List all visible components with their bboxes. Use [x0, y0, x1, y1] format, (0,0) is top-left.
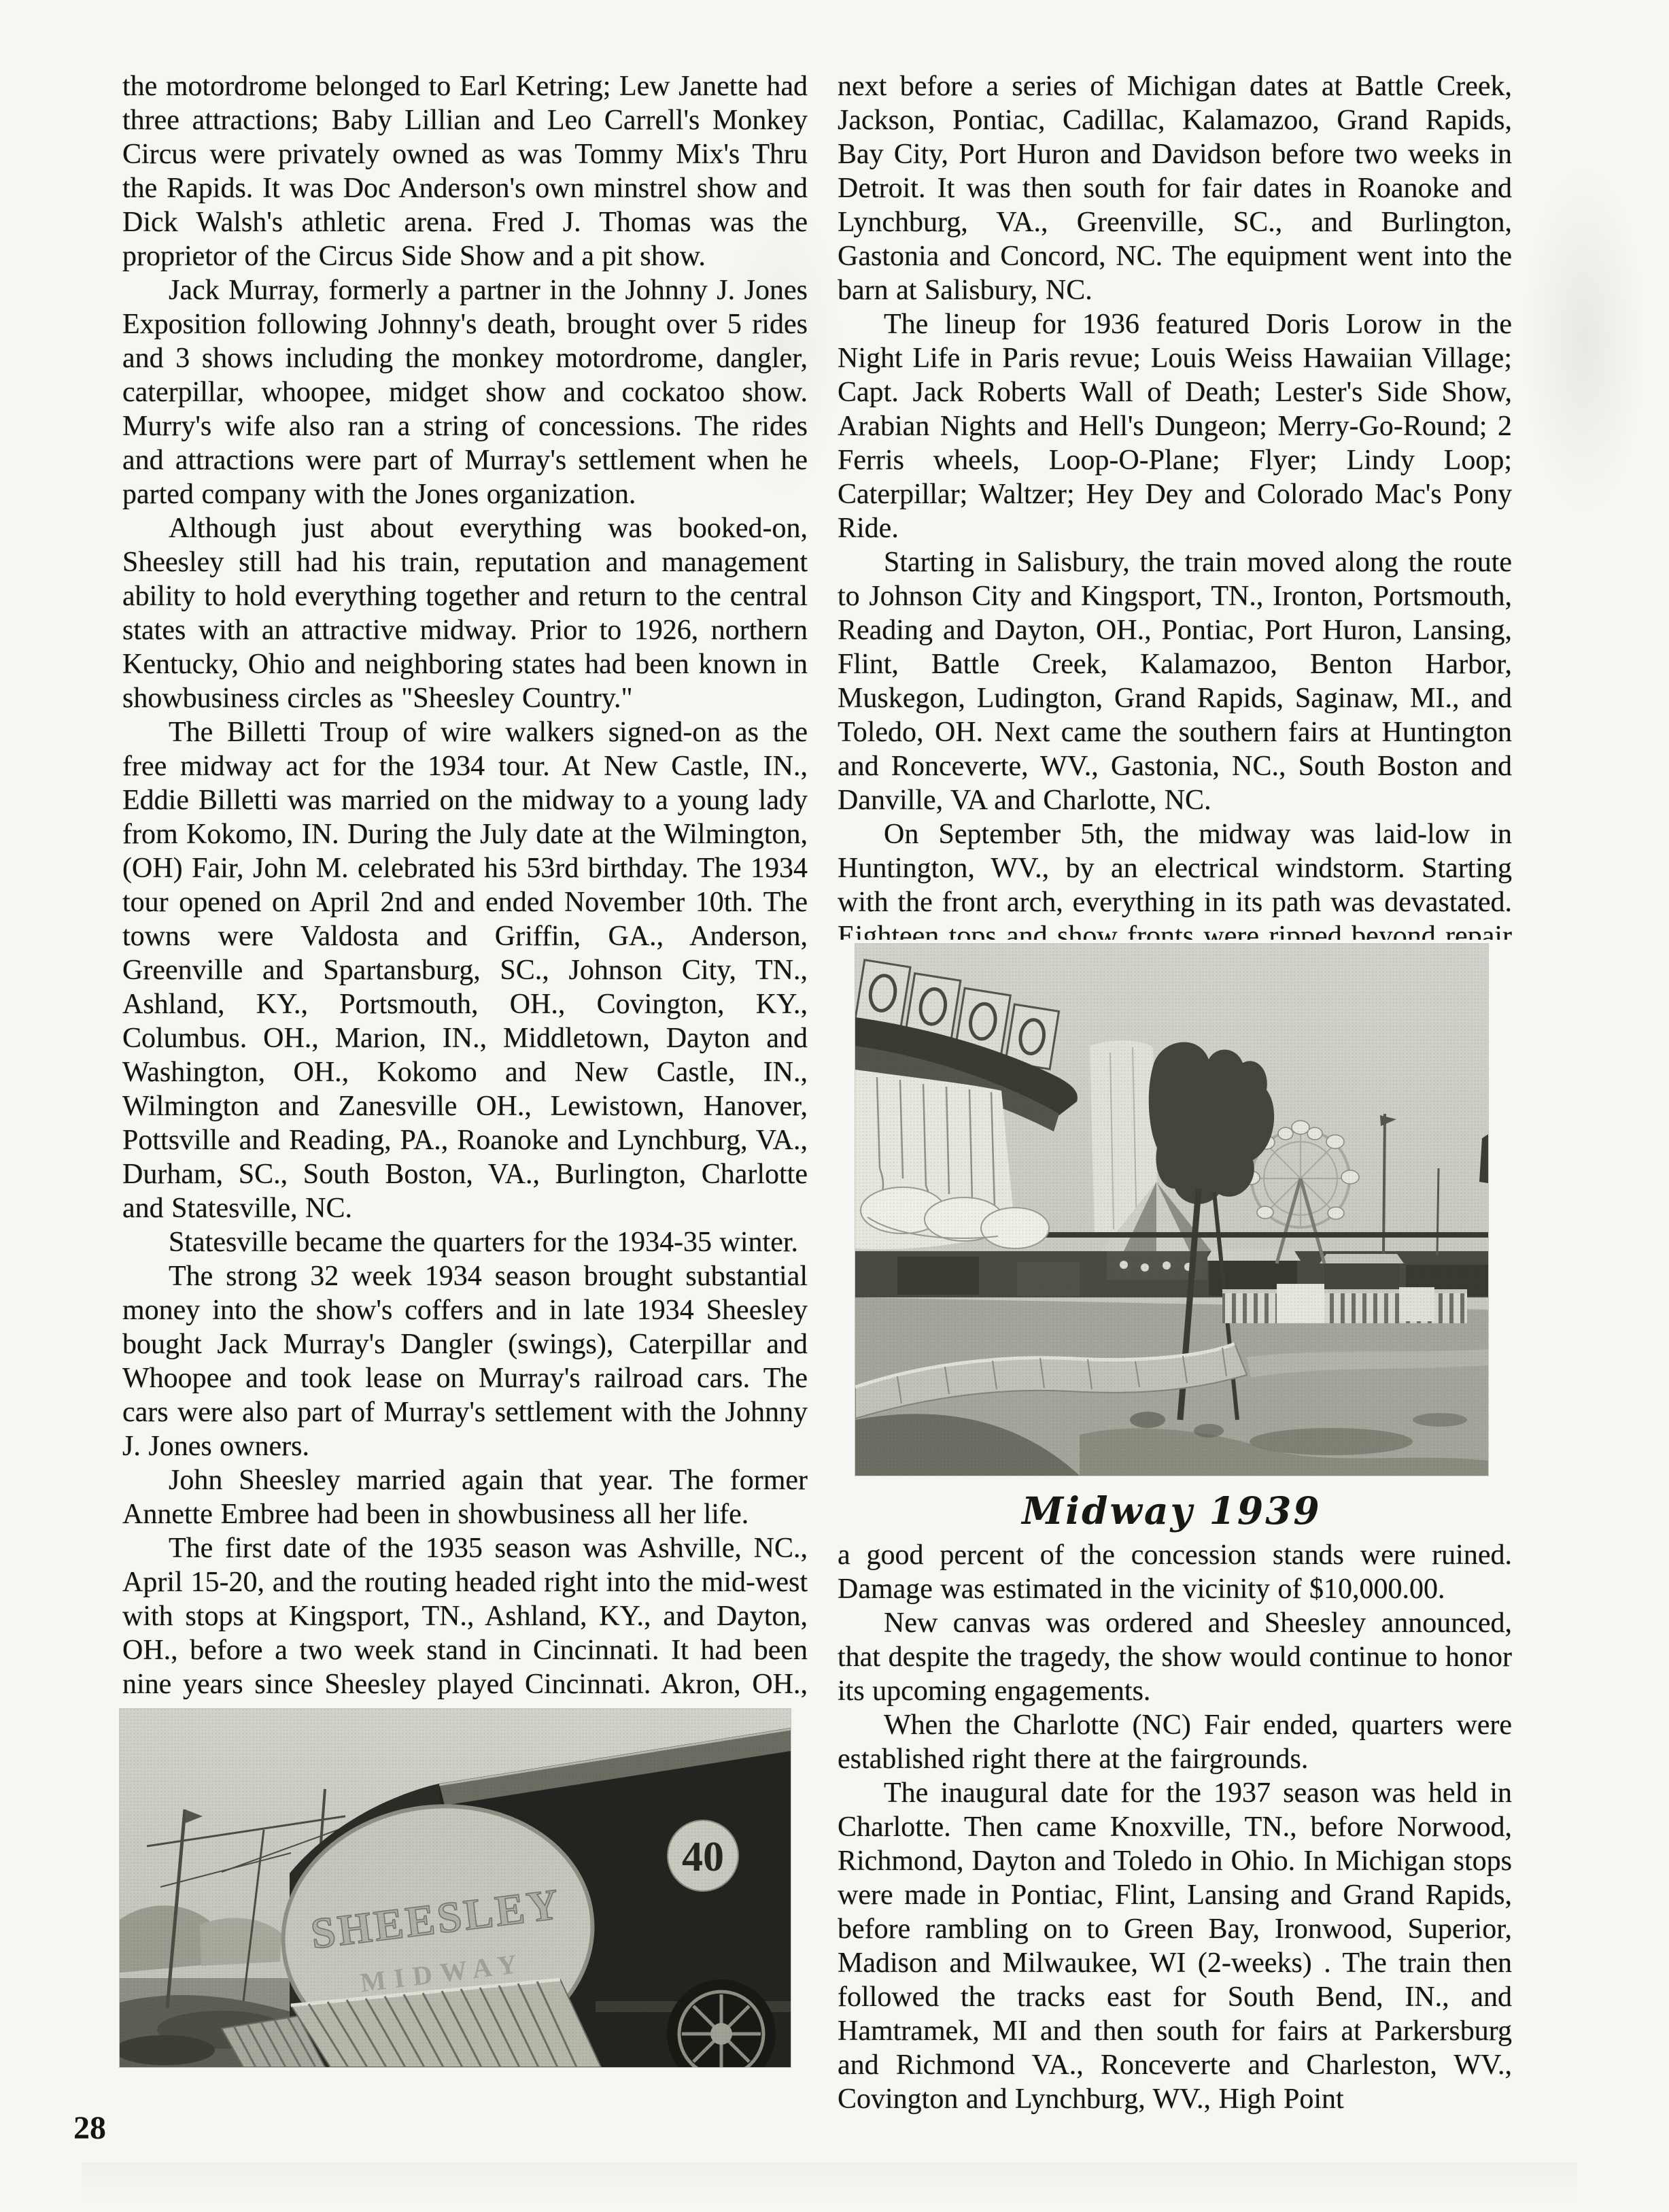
body-paragraph: the motordrome belonged to Earl Ketring;… — [122, 69, 808, 273]
scanned-book-page: the motordrome belonged to Earl Ketring;… — [0, 0, 1669, 2212]
body-paragraph: The inaugural date for the 1937 season w… — [838, 1776, 1512, 2116]
railcar-photo-illustration: SHEESLEY MIDWAY 40 — [120, 1709, 791, 2067]
body-paragraph: On September 5th, the midway was laid-lo… — [838, 817, 1512, 940]
right-column-top: next before a series of Michigan dates a… — [838, 69, 1512, 940]
photo-caption: Midway 1939 — [855, 1486, 1488, 1535]
midway-1939-photo — [855, 944, 1488, 1476]
left-column: the motordrome belonged to Earl Ketring;… — [122, 69, 808, 1704]
body-paragraph: Jack Murray, formerly a partner in the J… — [122, 273, 808, 511]
body-paragraph: John Sheesley married again that year. T… — [122, 1463, 808, 1531]
body-paragraph: The first date of the 1935 season was As… — [122, 1531, 808, 1704]
body-paragraph: When the Charlotte (NC) Fair ended, quar… — [838, 1708, 1512, 1776]
body-paragraph: The lineup for 1936 featured Doris Lorow… — [838, 307, 1512, 545]
midway-photo-illustration — [855, 944, 1488, 1476]
scan-smudge — [82, 2162, 1577, 2203]
body-paragraph: next before a series of Michigan dates a… — [838, 69, 1512, 307]
page-number: 28 — [73, 2109, 106, 2147]
body-paragraph: The Billetti Troup of wire walkers signe… — [122, 715, 808, 1225]
body-paragraph: Statesville became the quarters for the … — [122, 1225, 808, 1259]
body-paragraph: a good percent of the concession stands … — [838, 1538, 1512, 1606]
body-paragraph: New canvas was ordered and Sheesley anno… — [838, 1606, 1512, 1708]
scan-smudge — [1523, 163, 1645, 517]
body-paragraph: Starting in Salisbury, the train moved a… — [838, 545, 1512, 817]
sheesley-railcar-photo: SHEESLEY MIDWAY 40 — [120, 1709, 791, 2067]
body-paragraph: The strong 32 week 1934 season brought s… — [122, 1259, 808, 1463]
right-column-bottom: a good percent of the concession stands … — [838, 1538, 1512, 2128]
body-paragraph: Although just about everything was booke… — [122, 511, 808, 715]
